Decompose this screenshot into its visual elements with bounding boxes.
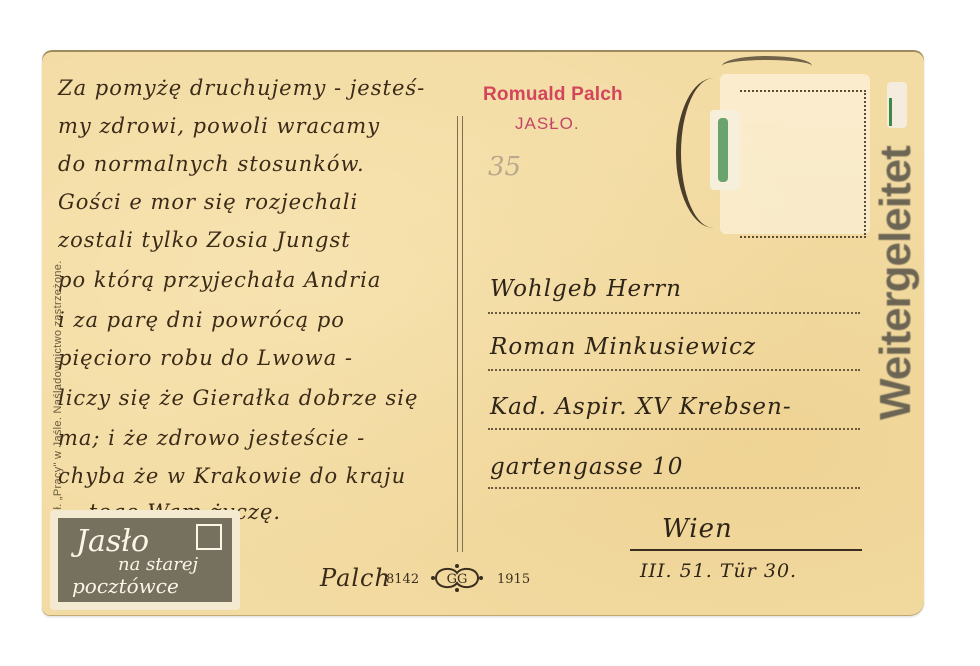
message-line: ma; i że zdrowo jesteście - — [58, 426, 365, 450]
stamp-placement-box — [740, 90, 866, 238]
message-line: i za parę dni powrócą po — [58, 308, 345, 332]
address-dotted-line — [488, 487, 860, 489]
watermark-badge: Jasło na starej pocztówce — [50, 510, 240, 610]
address-line-4: gartengasse 10 — [490, 454, 683, 480]
message-line: po którą przyjechała Andria — [58, 268, 381, 292]
sender-stamp-city: JASŁO. — [515, 114, 580, 134]
message-line: my zdrowi, powoli wracamy — [58, 114, 380, 138]
message-line: chyba że w Krakowie do kraju — [58, 464, 406, 488]
address-dotted-line — [488, 312, 860, 314]
scalloped-edge — [50, 510, 240, 610]
postmark-icon — [676, 78, 751, 228]
year: 1915 — [497, 572, 530, 587]
address-line-1: Wohlgeb Herrn — [490, 276, 682, 302]
monogram-text: GG — [447, 572, 468, 587]
series-number: 8142 — [386, 572, 419, 587]
message-line: liczy się że Gierałka dobrze się — [58, 386, 418, 410]
city-underline — [630, 549, 862, 551]
censor-stamp: Weitergeleitet — [868, 250, 924, 420]
message-line: pięcioro robu do Lwowa - — [58, 346, 353, 370]
sender-stamp-name: Romuald Palch — [483, 84, 623, 106]
signature: Palch — [320, 564, 391, 592]
center-divider — [457, 116, 463, 552]
address-line-3: Kad. Aspir. XV Krebsen- — [490, 394, 792, 420]
address-line-2: Roman Minkusiewicz — [490, 334, 756, 360]
address-dotted-line — [488, 369, 860, 371]
pencil-number: 35 — [488, 152, 521, 182]
message-line: do normalnych stosunków. — [58, 152, 365, 176]
address-city: Wien — [662, 514, 733, 544]
message-line: zostali tylko Zosia Jungst — [58, 228, 351, 252]
postage-stamp-small-green — [889, 98, 892, 126]
message-line: Za pomyżę druchujemy - jesteś- — [58, 76, 425, 100]
publisher-monogram-icon: GG — [430, 563, 484, 593]
message-line: Gości e mor się rozjechali — [58, 190, 358, 214]
address-dotted-line — [488, 428, 860, 430]
address-district: III. 51. Tür 30. — [640, 560, 797, 582]
postmark-top-mark — [722, 56, 812, 76]
